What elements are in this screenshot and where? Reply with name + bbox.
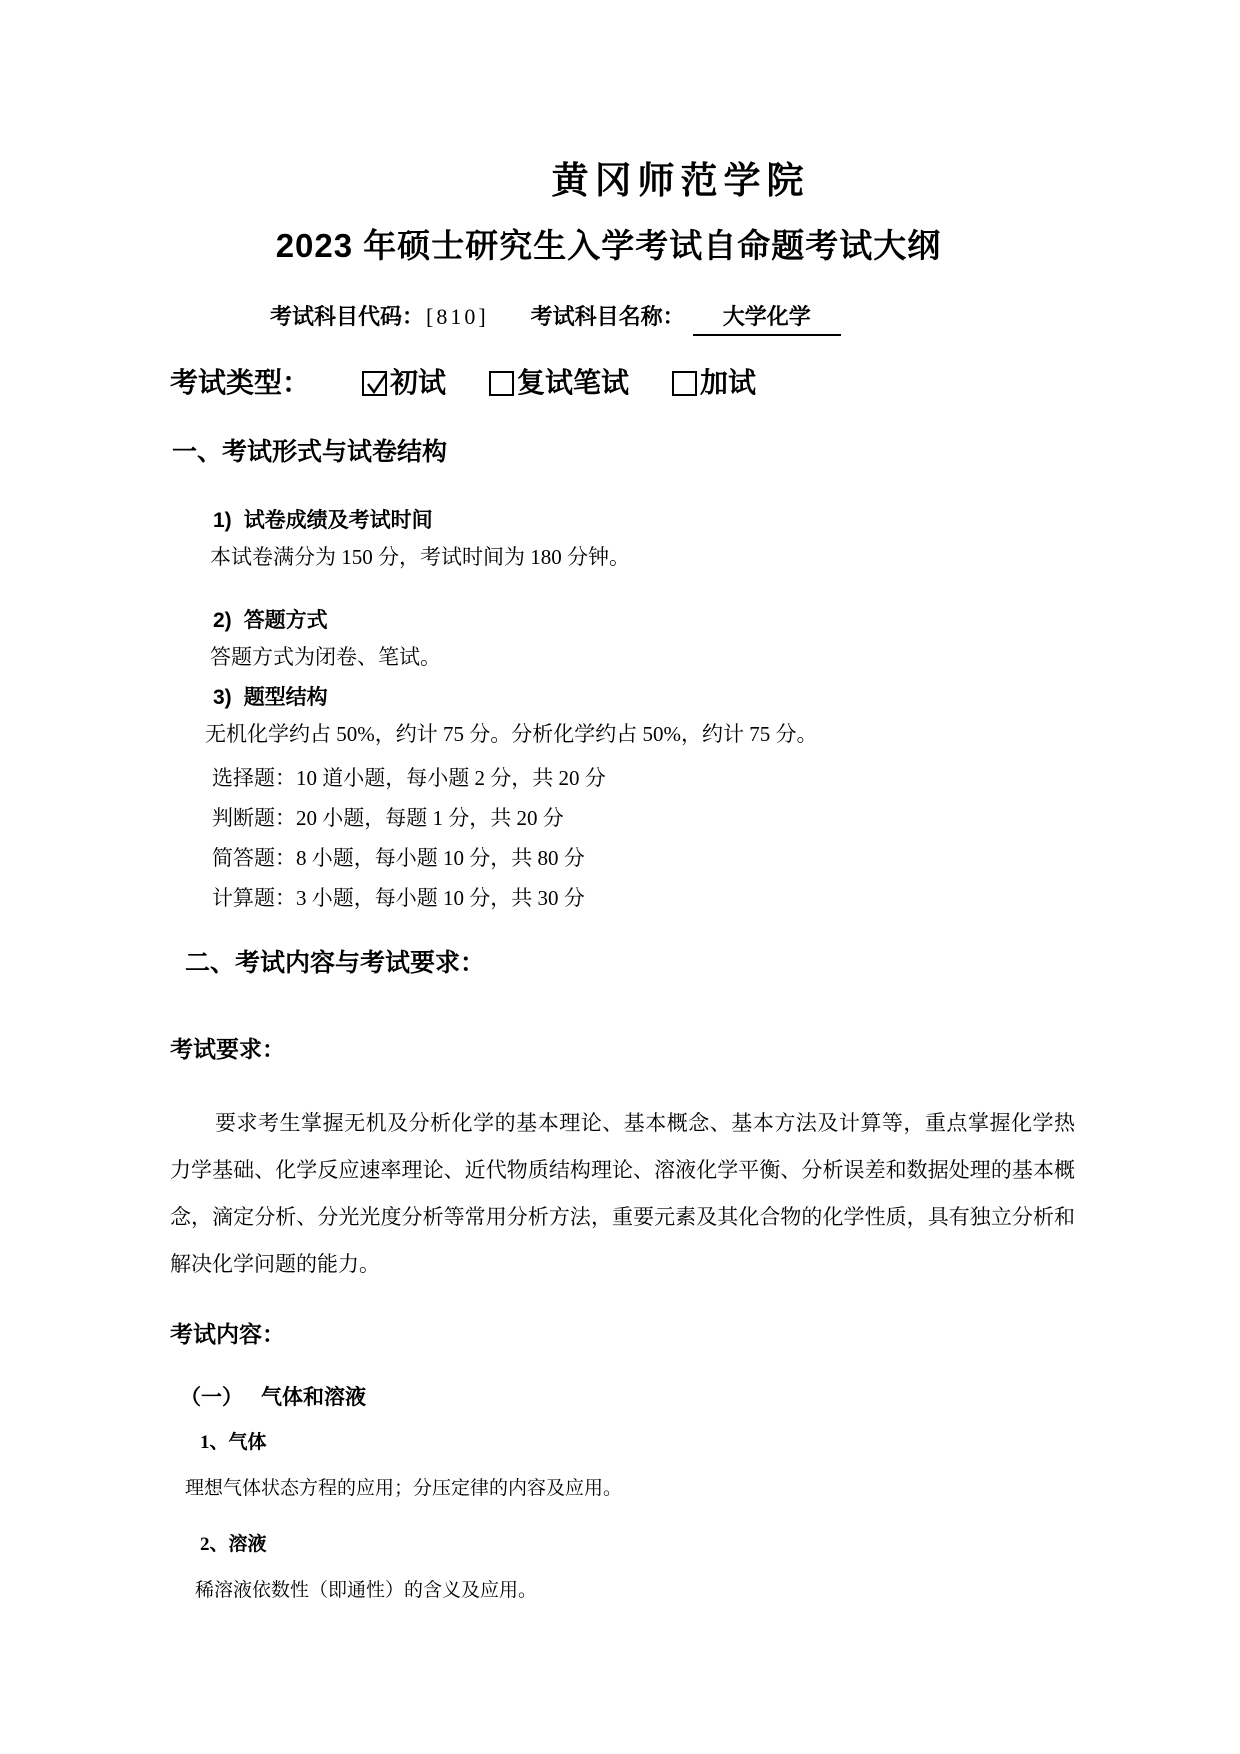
topic2-body: 稀溶液依数性（即通性）的含义及应用。 <box>195 1578 1075 1604</box>
part1-number: （一） <box>180 1385 243 1409</box>
topic2-number: 2、 <box>200 1534 229 1555</box>
section1-heading: 一、考试形式与试卷结构 <box>172 435 1075 469</box>
checkbox-retest-icon <box>489 371 514 396</box>
subject-line: 考试科目代码：[810]考试科目名称：大学化学 <box>270 302 1075 336</box>
university-title: 黄冈师范学院 <box>228 160 1133 202</box>
document-title: 2023 年硕士研究生入学考试自命题考试大纲 <box>156 227 1061 265</box>
exam-requirements-heading: 考试要求： <box>170 1033 1075 1065</box>
topic2-heading: 2、溶液 <box>200 1532 1075 1558</box>
question-type-row: 简答题：8 小题，每小题 10 分，共 80 分 <box>212 838 1075 878</box>
item1-number: 1) <box>213 509 232 532</box>
topic1-heading: 1、气体 <box>200 1430 1075 1456</box>
item2-body: 答题方式为闭卷、笔试。 <box>210 642 1075 672</box>
exam-option-additional: 加试 <box>672 363 756 403</box>
exam-option-label: 复试笔试 <box>517 363 629 403</box>
exam-requirements-paragraph: 要求考生掌握无机及分析化学的基本理论、基本概念、基本方法及计算等，重点掌握化学热… <box>170 1100 1075 1288</box>
exam-option-retest: 复试笔试 <box>489 363 629 403</box>
exam-option-label: 加试 <box>700 363 756 403</box>
item2-heading: 2)答题方式 <box>213 607 1075 635</box>
subject-name-label: 考试科目名称： <box>531 304 685 329</box>
topic1-title: 气体 <box>229 1432 267 1453</box>
part1-title: 气体和溶液 <box>261 1386 366 1409</box>
checkbox-primary-icon <box>362 371 387 396</box>
topic2-title: 溶液 <box>229 1534 267 1555</box>
topic1-body: 理想气体状态方程的应用；分压定律的内容及应用。 <box>185 1476 1075 1502</box>
item3-number: 3) <box>213 686 232 709</box>
item3-body: 无机化学约占 50%，约计 75 分。分析化学约占 50%，约计 75 分。 <box>205 719 1075 749</box>
item1-title: 试卷成绩及考试时间 <box>244 509 433 532</box>
item2-number: 2) <box>213 609 232 632</box>
item2-title: 答题方式 <box>244 609 328 632</box>
exam-type-line: 考试类型： 初试 复试笔试 <box>170 363 1075 403</box>
topic1-number: 1、 <box>200 1432 229 1453</box>
subject-code-label: 考试科目代码： <box>270 304 424 329</box>
exam-option-primary: 初试 <box>362 363 446 403</box>
exam-type-label: 考试类型： <box>170 363 310 403</box>
checkbox-additional-icon <box>672 371 697 396</box>
exam-content-heading: 考试内容： <box>170 1318 1075 1350</box>
question-type-row: 计算题：3 小题，每小题 10 分，共 30 分 <box>212 878 1075 918</box>
item3-title: 题型结构 <box>244 686 328 709</box>
page-content: 黄冈师范学院 2023 年硕士研究生入学考试自命题考试大纲 考试科目代码：[81… <box>0 160 1240 1604</box>
part1-heading: （一）气体和溶液 <box>180 1382 1075 1413</box>
subject-name-value: 大学化学 <box>693 302 841 336</box>
check-icon <box>363 370 391 398</box>
question-type-row: 判断题：20 小题，每题 1 分，共 20 分 <box>212 798 1075 838</box>
item1-body: 本试卷满分为 150 分，考试时间为 180 分钟。 <box>210 542 1075 572</box>
exam-syllabus-page: 黄冈师范学院 2023 年硕士研究生入学考试自命题考试大纲 考试科目代码：[81… <box>0 0 1240 1754</box>
exam-option-label: 初试 <box>390 363 446 403</box>
section2-heading: 二、考试内容与考试要求： <box>185 946 1075 980</box>
subject-code-value: [810] <box>426 304 489 329</box>
item1-heading: 1)试卷成绩及考试时间 <box>213 507 1075 535</box>
question-type-row: 选择题：10 道小题，每小题 2 分，共 20 分 <box>212 758 1075 798</box>
question-structure-list: 选择题：10 道小题，每小题 2 分，共 20 分 判断题：20 小题，每题 1… <box>212 758 1075 918</box>
item3-heading: 3)题型结构 <box>213 684 1075 712</box>
